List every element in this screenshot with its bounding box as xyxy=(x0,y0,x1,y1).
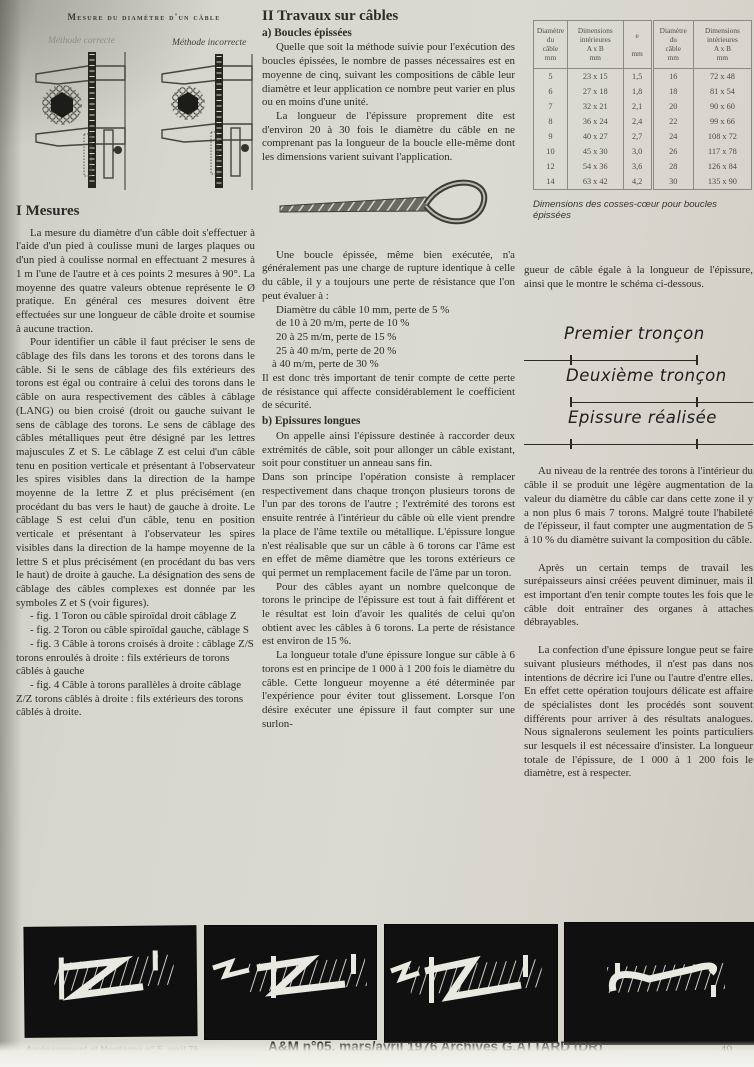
paragraph: Pour identifier un câble il faut précise… xyxy=(16,336,255,610)
col-header: e mm xyxy=(623,21,652,69)
paragraph: Dans son principe l'opération consiste à… xyxy=(262,471,515,581)
paragraph: Il est donc très important de tenir comp… xyxy=(262,372,515,413)
spliced-loop-figure xyxy=(276,173,501,247)
col-header: Diamètre du câble mm xyxy=(534,21,568,69)
subheading-boucles-epissees: a) Boucles épissées xyxy=(262,27,515,41)
magazine-page: Mesure du diamètre d'un câble Méthode co… xyxy=(0,0,754,1067)
table-row: 836 x 242,42299 x 66 xyxy=(534,114,752,129)
table-row: 1463 x 424,230135 x 90 xyxy=(534,174,752,190)
schema-label: Premier tronçon xyxy=(564,327,705,341)
loss-line: 20 à 25 m/m, perte de 15 % xyxy=(262,331,515,345)
table-row: 523 x 151,51672 x 48 xyxy=(534,69,752,85)
figure-list-item: - fig. 3 Câble à torons croisés à droite… xyxy=(16,638,255,679)
figure-list-item: - fig. 1 Toron ou câble spiroïdal droit … xyxy=(16,610,255,624)
col-header: Dimensions intérieures A x B mm xyxy=(693,21,751,69)
cable-photo-4 xyxy=(565,923,754,1044)
paragraph: On appelle ainsi l'épissure destinée à r… xyxy=(262,430,515,471)
measurement-figure-block: Mesure du diamètre d'un câble Méthode co… xyxy=(26,12,262,22)
caliper-correct-figure xyxy=(28,50,140,192)
measurement-figure-title: Mesure du diamètre d'un câble xyxy=(26,12,262,22)
paragraph: Après un certain temps de travail les su… xyxy=(524,562,753,631)
caliper-incorrect-figure xyxy=(158,52,266,192)
loss-line: de 10 à 20 m/m, perte de 10 % xyxy=(262,317,515,331)
paragraph: Quelle que soit la méthode suivie pour l… xyxy=(262,41,515,110)
col-header: Dimensions intérieures A x B mm xyxy=(567,21,623,69)
table-caption: Dimensions des cosses-cœur pour boucles … xyxy=(533,199,752,221)
splice-schema: Premier tronçon Deuxième tronçon Epissur… xyxy=(524,317,753,451)
section-heading-mesures: I Mesures xyxy=(16,205,255,219)
figure-list-item: - fig. 2 Toron ou câble spiroïdal gauche… xyxy=(16,624,255,638)
right-column: gueur de câble égale à la longueur de l'… xyxy=(524,264,753,781)
table-row: 732 x 212,12090 x 60 xyxy=(534,99,752,114)
caption-method-incorrect: Méthode incorrecte xyxy=(172,38,246,48)
cable-photo-1 xyxy=(24,926,196,1037)
scan-bottom-strip xyxy=(0,1041,754,1067)
loss-line: à 40 m/m, perte de 30 % xyxy=(262,358,515,372)
schema-row-premier: Premier tronçon xyxy=(524,331,753,361)
paragraph: Une boucle épissée, même bien exécutée, … xyxy=(262,249,515,304)
loss-line: Diamètre du câble 10 mm, perte de 5 % xyxy=(262,304,515,318)
schema-row-epissure: Epissure réalisée xyxy=(524,415,753,445)
paragraph: La longueur totale d'une épissure longue… xyxy=(262,649,515,731)
paragraph: Pour des câbles ayant un nombre quelconq… xyxy=(262,581,515,650)
middle-column: II Travaux sur câbles a) Boucles épissée… xyxy=(262,10,515,731)
cosse-dimensions-table: Diamètre du câble mm Dimensions intérieu… xyxy=(533,20,752,190)
schema-row-deuxieme: Deuxième tronçon xyxy=(524,373,753,403)
left-column: I Mesures La mesure du diamètre d'un câb… xyxy=(16,205,255,720)
cable-photo-2 xyxy=(205,926,376,1039)
caption-method-correct: Méthode correcte xyxy=(48,36,115,46)
paragraph: Au niveau de la rentrée des torons à l'i… xyxy=(524,465,753,547)
cable-photo-3 xyxy=(385,925,557,1042)
paragraph: gueur de câble égale à la longueur de l'… xyxy=(524,264,753,291)
cosse-dimensions-block: Diamètre du câble mm Dimensions intérieu… xyxy=(533,20,752,221)
figure-list-item: - fig. 4 Câble à torons parallèles à dro… xyxy=(16,679,255,720)
col-header: Diamètre du câble mm xyxy=(652,21,693,69)
loss-line: 25 à 40 m/m, perte de 20 % xyxy=(262,345,515,359)
paragraph: La confection d'une épissure longue peut… xyxy=(524,644,753,781)
paragraph: La longueur de l'épissure proprement dit… xyxy=(262,110,515,165)
schema-label: Epissure réalisée xyxy=(568,411,717,425)
table-row: 627 x 181,81881 x 54 xyxy=(534,84,752,99)
section-heading-travaux: II Travaux sur câbles xyxy=(262,10,515,24)
schema-label: Deuxième tronçon xyxy=(566,369,727,383)
paragraph: La mesure du diamètre d'un câble doit s'… xyxy=(16,227,255,337)
table-row: 1045 x 303,026117 x 78 xyxy=(534,144,752,159)
subheading-epissures-longues: b) Epissures longues xyxy=(262,415,515,429)
table-row: 1254 x 363,628126 x 84 xyxy=(534,159,752,174)
table-row: 940 x 272,724108 x 72 xyxy=(534,129,752,144)
